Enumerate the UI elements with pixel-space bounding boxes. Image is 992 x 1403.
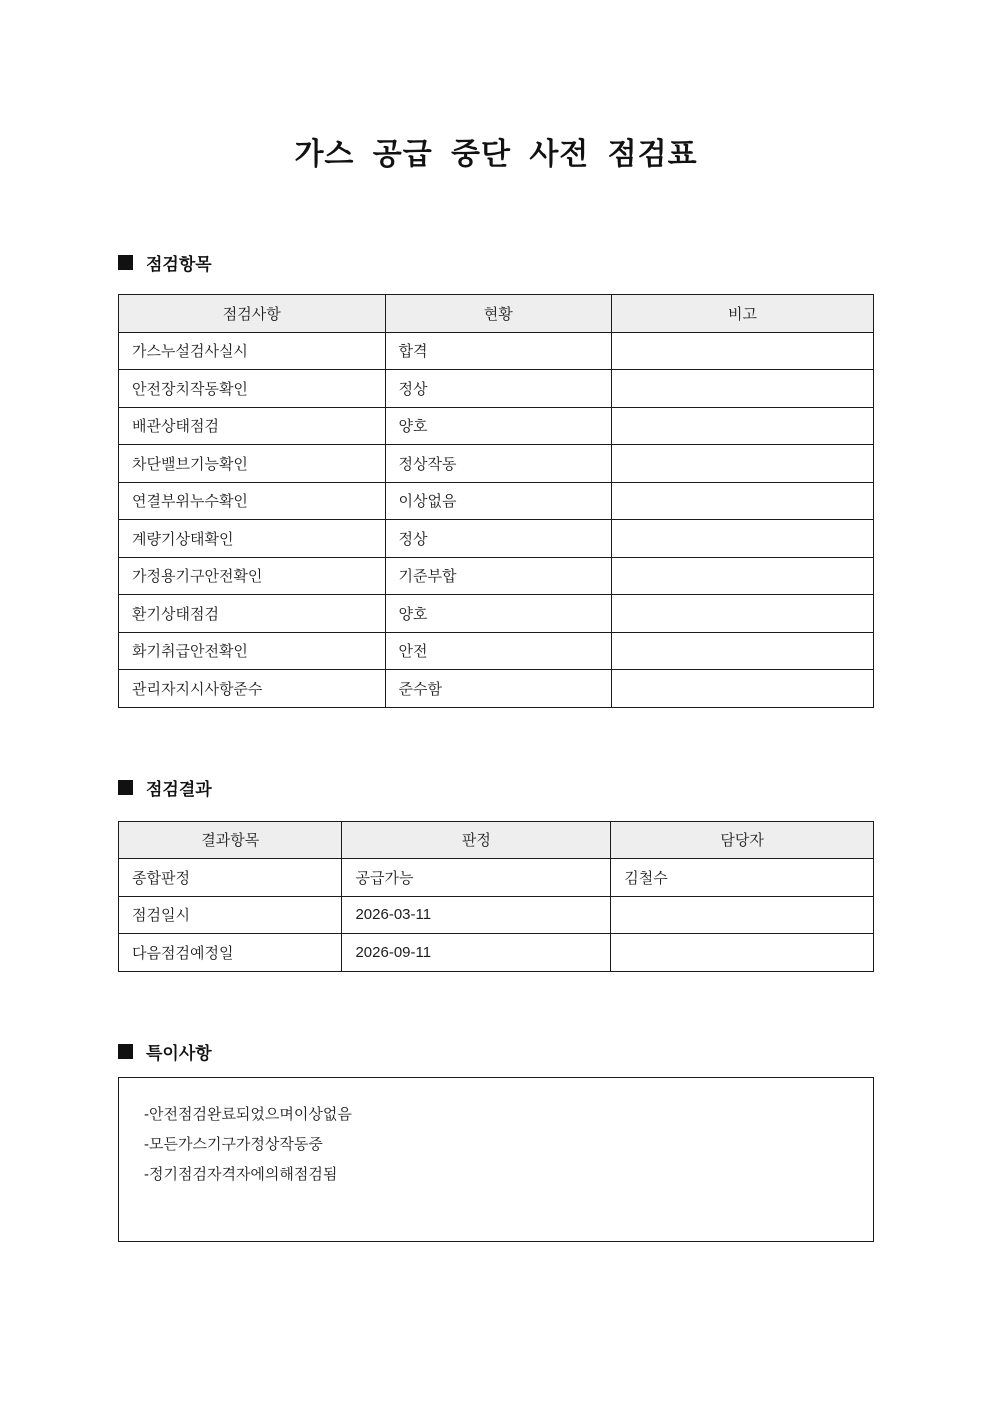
checklist-header-row: 점검사항 현황 비고 — [119, 295, 874, 333]
section-heading-result-label: 점검결과 — [146, 775, 212, 800]
table-row: 종합판정 공급가능 김철수 — [119, 859, 874, 897]
table-row: 배관상태점검 양호 — [119, 407, 874, 445]
status-cell: 정상 — [385, 520, 612, 558]
table-row: 차단밸브기능확인 정상작동 — [119, 445, 874, 483]
page-title: 가스 공급 중단 사전 점검표 — [118, 0, 874, 172]
remark-cell — [612, 520, 874, 558]
result-judgement-cell: 2026-03-11 — [342, 896, 611, 934]
checklist-column-header-item: 점검사항 — [119, 295, 386, 333]
bullet-square-icon — [118, 780, 133, 795]
remark-cell — [612, 445, 874, 483]
remark-cell — [612, 595, 874, 633]
item-name-cell: 안전장치작동확인 — [119, 370, 386, 408]
item-name-cell: 배관상태점검 — [119, 407, 386, 445]
result-item-cell: 다음점검예정일 — [119, 934, 342, 972]
table-row: 관리자지시사항준수 준수함 — [119, 670, 874, 708]
item-name-cell: 연결부위누수확인 — [119, 482, 386, 520]
result-person-cell — [611, 896, 874, 934]
item-name-cell: 가스누설검사실시 — [119, 332, 386, 370]
status-cell: 안전 — [385, 632, 612, 670]
section-heading-result: 점검결과 — [118, 775, 874, 800]
result-person-cell — [611, 934, 874, 972]
result-judgement-cell: 공급가능 — [342, 859, 611, 897]
remark-cell — [612, 632, 874, 670]
result-header-row: 결과항목 판정 담당자 — [119, 821, 874, 859]
section-heading-checklist: 점검항목 — [118, 250, 874, 275]
status-cell: 준수함 — [385, 670, 612, 708]
result-column-header-item: 결과항목 — [119, 821, 342, 859]
item-name-cell: 관리자지시사항준수 — [119, 670, 386, 708]
result-person-cell: 김철수 — [611, 859, 874, 897]
table-row: 다음점검예정일 2026-09-11 — [119, 934, 874, 972]
item-name-cell: 가정용기구안전확인 — [119, 557, 386, 595]
item-name-cell: 화기취급안전확인 — [119, 632, 386, 670]
status-cell: 기준부합 — [385, 557, 612, 595]
checklist-column-header-remark: 비고 — [612, 295, 874, 333]
checklist-column-header-status: 현황 — [385, 295, 612, 333]
remark-cell — [612, 407, 874, 445]
result-judgement-cell: 2026-09-11 — [342, 934, 611, 972]
document-page: 가스 공급 중단 사전 점검표 점검항목 점검사항 현황 비고 가스누설검사실시… — [0, 0, 992, 1403]
result-table: 결과항목 판정 담당자 종합판정 공급가능 김철수 점검일시 2026-03-1… — [118, 821, 874, 972]
status-cell: 양호 — [385, 407, 612, 445]
remark-cell — [612, 370, 874, 408]
section-heading-checklist-label: 점검항목 — [146, 250, 212, 275]
note-line: -안전점검완료되었으며이상없음 — [144, 1100, 848, 1130]
result-item-cell: 점검일시 — [119, 896, 342, 934]
status-cell: 이상없음 — [385, 482, 612, 520]
note-line: -정기점검자격자에의해점검됨 — [144, 1160, 848, 1190]
section-heading-notes: 특이사항 — [118, 1039, 874, 1064]
bullet-square-icon — [118, 255, 133, 270]
remark-cell — [612, 557, 874, 595]
status-cell: 정상 — [385, 370, 612, 408]
remark-cell — [612, 670, 874, 708]
result-item-cell: 종합판정 — [119, 859, 342, 897]
item-name-cell: 차단밸브기능확인 — [119, 445, 386, 483]
notes-box: -안전점검완료되었으며이상없음 -모든가스기구가정상작동중 -정기점검자격자에의… — [118, 1077, 874, 1242]
result-column-header-person: 담당자 — [611, 821, 874, 859]
section-heading-notes-label: 특이사항 — [146, 1039, 212, 1064]
bullet-square-icon — [118, 1044, 133, 1059]
table-row: 가스누설검사실시 합격 — [119, 332, 874, 370]
table-row: 가정용기구안전확인 기준부합 — [119, 557, 874, 595]
status-cell: 합격 — [385, 332, 612, 370]
item-name-cell: 계량기상태확인 — [119, 520, 386, 558]
status-cell: 양호 — [385, 595, 612, 633]
item-name-cell: 환기상태점검 — [119, 595, 386, 633]
table-row: 계량기상태확인 정상 — [119, 520, 874, 558]
remark-cell — [612, 482, 874, 520]
table-row: 환기상태점검 양호 — [119, 595, 874, 633]
table-row: 연결부위누수확인 이상없음 — [119, 482, 874, 520]
checklist-table: 점검사항 현황 비고 가스누설검사실시 합격 안전장치작동확인 정상 배관상태점… — [118, 294, 874, 708]
remark-cell — [612, 332, 874, 370]
table-row: 안전장치작동확인 정상 — [119, 370, 874, 408]
table-row: 화기취급안전확인 안전 — [119, 632, 874, 670]
note-line: -모든가스기구가정상작동중 — [144, 1130, 848, 1160]
table-row: 점검일시 2026-03-11 — [119, 896, 874, 934]
result-column-header-judgement: 판정 — [342, 821, 611, 859]
status-cell: 정상작동 — [385, 445, 612, 483]
